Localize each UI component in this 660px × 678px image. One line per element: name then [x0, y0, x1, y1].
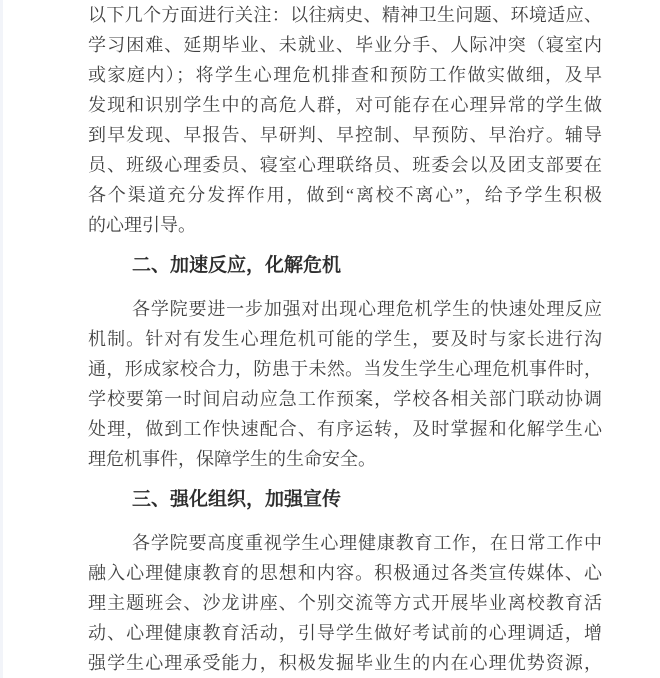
document-text-line: 处理，做到工作快速配合、有序运转，及时掌握和化解学生心	[88, 414, 602, 444]
document-page: 以下几个方面进行关注：以往病史、精神卫生问题、环境适应、 学习困难、延期毕业、未…	[0, 0, 660, 678]
document-text-line: 学习困难、延期毕业、未就业、毕业分手、人际冲突（寝室内	[88, 30, 602, 60]
section-heading-2: 二、加速反应，化解危机	[88, 251, 602, 281]
document-text-line: 员、班级心理委员、寝室心理联络员、班委会以及团支部要在	[88, 150, 602, 180]
document-text-line: 发现和识别学生中的高危人群，对可能存在心理异常的学生做	[88, 90, 602, 120]
document-text-line: 以下几个方面进行关注：以往病史、精神卫生问题、环境适应、	[88, 0, 602, 30]
section-heading-3: 三、强化组织，加强宣传	[88, 485, 602, 515]
document-text-line: 或家庭内）；将学生心理危机排查和预防工作做实做细，及早	[88, 60, 602, 90]
document-text-line: 强学生心理承受能力，积极发掘毕业生的内在心理优势资源，	[88, 648, 602, 678]
document-text-line: 机制。针对有发生心理危机可能的学生，要及时与家长进行沟	[88, 324, 602, 354]
document-text-line: 各学院要进一步加强对出现心理危机学生的快速处理反应	[88, 294, 602, 324]
document-text-line: 理危机事件，保障学生的生命安全。	[88, 444, 602, 474]
document-text-line: 动、心理健康教育活动，引导学生做好考试前的心理调适，增	[88, 618, 602, 648]
document-text-line: 融入心理健康教育的思想和内容。积极通过各类宣传媒体、心	[88, 558, 602, 588]
document-text-line: 的心理引导。	[88, 210, 602, 240]
document-text-line: 各学院要高度重视学生心理健康教育工作，在日常工作中	[88, 528, 602, 558]
document-text-line: 到早发现、早报告、早研判、早控制、早预防、早治疗。辅导	[88, 120, 602, 150]
document-content: 以下几个方面进行关注：以往病史、精神卫生问题、环境适应、 学习困难、延期毕业、未…	[0, 0, 660, 678]
document-text-line: 学校要第一时间启动应急工作预案，学校各相关部门联动协调	[88, 384, 602, 414]
document-text-line: 各个渠道充分发挥作用，做到“离校不离心”，给予学生积极	[88, 180, 602, 210]
document-text-line: 通，形成家校合力，防患于未然。当发生学生心理危机事件时，	[88, 354, 602, 384]
document-text-line: 理主题班会、沙龙讲座、个别交流等方式开展毕业离校教育活	[88, 588, 602, 618]
